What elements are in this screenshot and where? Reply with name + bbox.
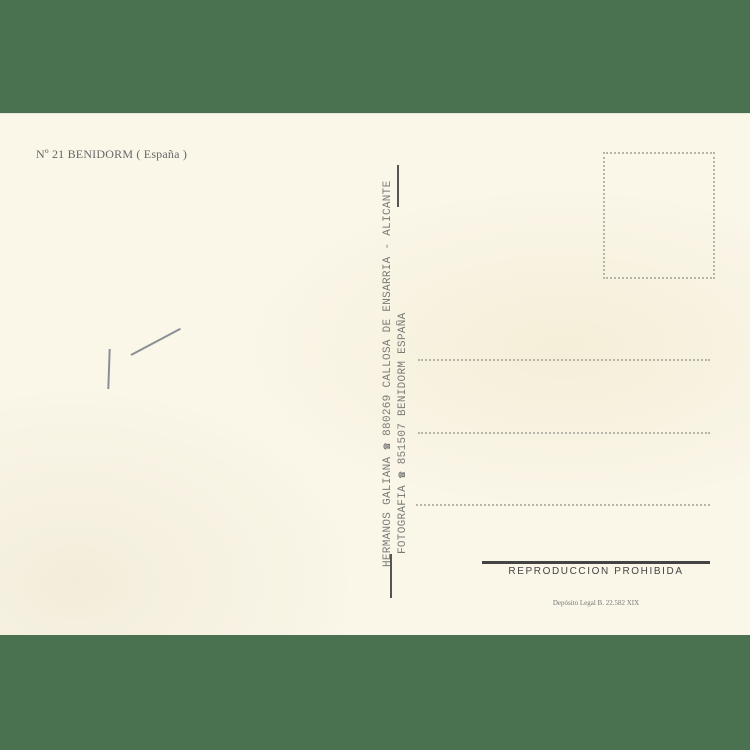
postcard-title: Nº 21 BENIDORM ( España ) (36, 147, 187, 162)
handwritten-mark (107, 349, 110, 389)
address-line (418, 359, 710, 361)
reproduction-notice: REPRODUCCION PROHIBIDA (482, 566, 710, 577)
handwritten-mark (131, 328, 181, 356)
address-line (418, 432, 710, 434)
publisher-line-1: HERMANOS GALIANA ☎ 880269 CALLOSA DE ENS… (380, 181, 394, 567)
divider-line (397, 165, 399, 207)
postcard-back: Nº 21 BENIDORM ( España ) HERMANOS GALIA… (0, 113, 750, 635)
address-line (416, 504, 710, 506)
publisher-line-2: FOTOGRAFIA ☎ 851507 BENIDORM ESPAÑA (395, 312, 409, 554)
reproduction-rule (482, 561, 710, 564)
stamp-box (603, 152, 715, 279)
legal-deposit: Depósito Legal B. 22.582 XIX (482, 599, 710, 607)
